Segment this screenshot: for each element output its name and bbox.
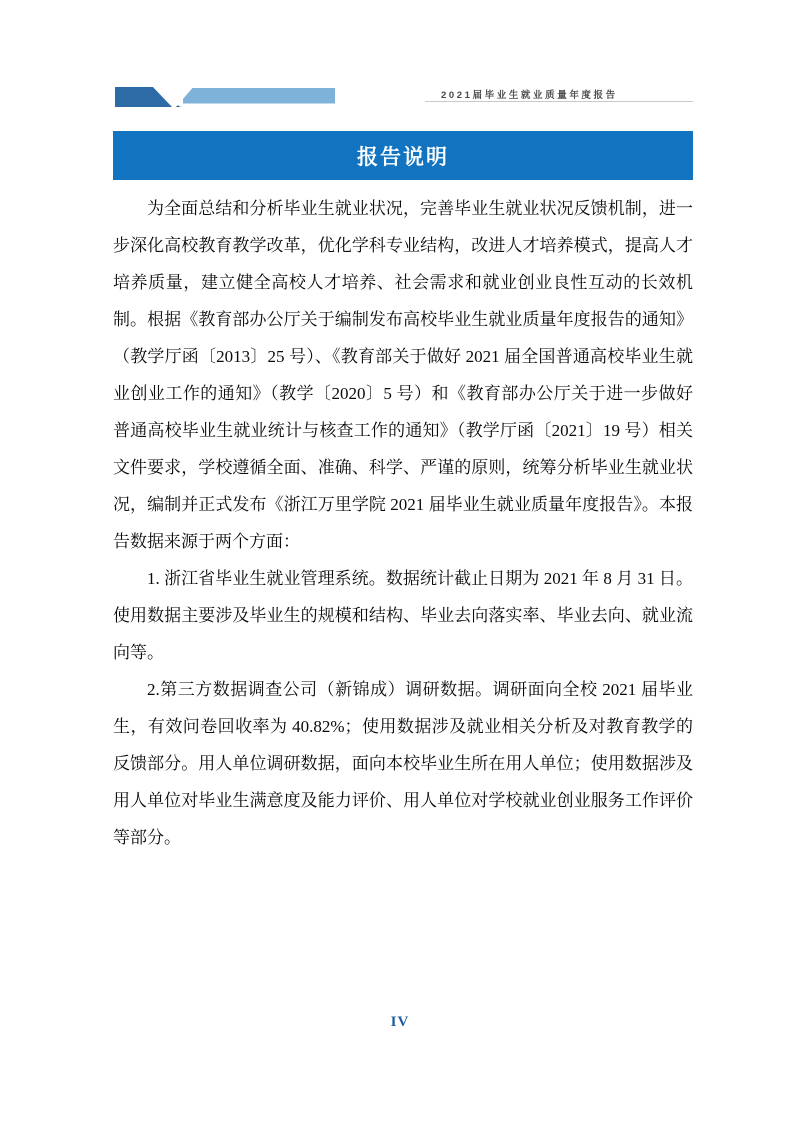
page-number: IV bbox=[391, 1014, 410, 1030]
paragraph-intro: 为全面总结和分析毕业生就业状况，完善毕业生就业状况反馈机制，进一步深化高校教育教… bbox=[113, 190, 693, 560]
section-title: 报告说明 bbox=[357, 141, 449, 171]
header-divider bbox=[425, 101, 693, 102]
school-logo-icon bbox=[115, 86, 337, 107]
page-footer: IV bbox=[0, 1013, 800, 1031]
paragraph-data-source-2: 2.第三方数据调查公司（新锦成）调研数据。调研面向全校 2021 届毕业生，有效… bbox=[113, 671, 693, 856]
report-body: 为全面总结和分析毕业生就业状况，完善毕业生就业状况反馈机制，进一步深化高校教育教… bbox=[113, 190, 693, 856]
page-header: 2021届毕业生就业质量年度报告 bbox=[0, 0, 800, 110]
paragraph-data-source-1: 1. 浙江省毕业生就业管理系统。数据统计截止日期为 2021 年 8 月 31 … bbox=[113, 560, 693, 671]
section-title-banner: 报告说明 bbox=[113, 131, 693, 180]
header-report-title: 2021届毕业生就业质量年度报告 bbox=[441, 87, 618, 101]
document-page: 2021届毕业生就业质量年度报告 报告说明 为全面总结和分析毕业生就业状况，完善… bbox=[0, 0, 800, 1131]
